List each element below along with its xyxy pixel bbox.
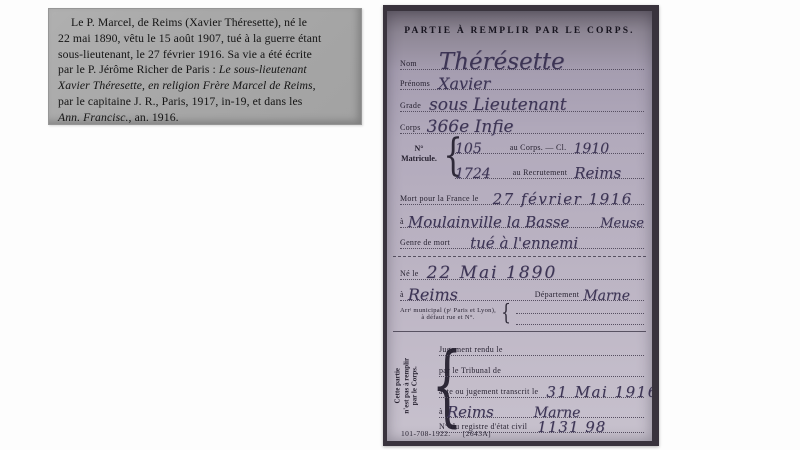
field-arrondissement: Arrᵗ municipal (pᵗ Paris et Lyon), à déf… bbox=[400, 303, 644, 325]
card-title: PARTIE À REMPLIR PAR LE CORPS. bbox=[387, 26, 652, 36]
grade-label: Grade bbox=[400, 101, 421, 110]
genre-mort-value: tué à l'ennemi bbox=[470, 236, 578, 251]
excerpt-line: sous-lieutenant, le 27 février 1916. Sa … bbox=[58, 47, 353, 63]
field-matricule-recrutement: 1724 au Recrutement Reims bbox=[455, 161, 644, 179]
grade-value: sous Lieutenant bbox=[429, 97, 567, 114]
excerpt-lines: Le P. Marcel, de Reims (Xavier Théresett… bbox=[58, 15, 353, 126]
mort-value: 27 février 1916 bbox=[493, 192, 633, 207]
lieu-mort-dept: Meuse bbox=[600, 217, 644, 230]
mort-label: Mort pour la France le bbox=[400, 194, 479, 203]
field-jugement-rendu: Jugement rendu le bbox=[439, 341, 644, 356]
ne-label: Né le bbox=[400, 269, 419, 278]
matricule-recr-label: au Recrutement bbox=[513, 168, 568, 177]
corps-value: 366e Infie bbox=[427, 119, 514, 136]
field-transcrit: acte ou jugement transcrit le 31 Mai 191… bbox=[439, 381, 644, 398]
excerpt-line: par le P. Jérôme Richer de Paris : Le so… bbox=[58, 62, 353, 78]
matricule-corps-label: au Corps. — Cl. bbox=[510, 143, 567, 152]
prenoms-value: Xavier bbox=[438, 76, 490, 92]
lieu-transcription-prefix: à bbox=[439, 407, 443, 416]
field-matricule-corps: 105 au Corps. — Cl. 1910 bbox=[455, 137, 644, 154]
form-number: 101-708-1922. [2643A] bbox=[401, 429, 491, 438]
registre-value: 1131 98 bbox=[537, 420, 606, 435]
excerpt-line: Le P. Marcel, de Reims (Xavier Théresett… bbox=[58, 15, 353, 31]
tribunal-label: par le Tribunal de bbox=[439, 366, 501, 375]
field-prenoms: Prénoms Xavier bbox=[400, 73, 644, 90]
separator-2 bbox=[393, 331, 646, 332]
recrutement-value: Reims bbox=[574, 166, 621, 181]
jugement-rendu-label: Jugement rendu le bbox=[439, 345, 503, 354]
matricule-label: N° Matricule. bbox=[397, 144, 441, 164]
record-card: PARTIE À REMPLIR PAR LE CORPS. Nom Théré… bbox=[387, 11, 652, 441]
matricule-recr-value: 1724 bbox=[455, 167, 491, 181]
nom-value: Thérésette bbox=[439, 51, 565, 74]
excerpt-line: par le capitaine J. R., Paris, 1917, in-… bbox=[58, 94, 353, 110]
lieu-naissance-prefix: à bbox=[400, 290, 404, 299]
genre-mort-label: Genre de mort bbox=[400, 238, 450, 247]
field-corps: Corps 366e Infie bbox=[400, 114, 644, 134]
field-grade: Grade sous Lieutenant bbox=[400, 93, 644, 112]
transcrit-label: acte ou jugement transcrit le bbox=[439, 387, 538, 396]
arr-brace: { bbox=[501, 303, 511, 325]
matricule-corps-value: 105 bbox=[455, 142, 482, 156]
departement-label: Département bbox=[535, 290, 580, 299]
field-genre-mort: Genre de mort tué à l'ennemi bbox=[400, 230, 644, 249]
lieu-naissance-value: Reims bbox=[408, 287, 458, 303]
transcrit-value: 31 Mai 1916 bbox=[546, 385, 652, 400]
field-lieu-naissance: à Reims Département Marne bbox=[400, 282, 644, 301]
excerpt-line: 22 mai 1890, vêtu le 15 août 1907, tué à… bbox=[58, 31, 353, 47]
excerpt-line: Ann. Francisc., an. 1916. bbox=[58, 110, 353, 126]
arr-label-line1: Arrᵗ municipal (pᵗ Paris et Lyon), bbox=[400, 307, 496, 314]
lieu-mort-value: Moulainville la Basse bbox=[408, 215, 570, 230]
separator-1 bbox=[393, 256, 646, 257]
field-tribunal: par le Tribunal de bbox=[439, 362, 644, 377]
book-excerpt-scan: Le P. Marcel, de Reims (Xavier Théresett… bbox=[48, 8, 362, 125]
record-card-photo: PARTIE À REMPLIR PAR LE CORPS. Nom Théré… bbox=[383, 5, 659, 446]
arr-blank-lines bbox=[516, 303, 644, 325]
ne-value: 22 Mai 1890 bbox=[427, 265, 558, 282]
field-lieu-transcription: à Reims Marne bbox=[439, 401, 644, 418]
lieu-mort-prefix: à bbox=[400, 217, 404, 226]
field-nom: Nom Thérésette bbox=[400, 43, 644, 70]
page: Le P. Marcel, de Reims (Xavier Théresett… bbox=[0, 0, 800, 450]
excerpt-line: Xavier Théresette, en religion Frère Mar… bbox=[58, 78, 353, 94]
departement-value: Marne bbox=[583, 289, 630, 303]
prenoms-label: Prénoms bbox=[400, 79, 430, 88]
field-lieu-mort: à Moulainville la Basse Meuse bbox=[400, 209, 644, 228]
field-ne-le: Né le 22 Mai 1890 bbox=[400, 261, 644, 280]
arr-label-line2: à défaut rue et N°. bbox=[400, 314, 496, 321]
field-mort: Mort pour la France le 27 février 1916 bbox=[400, 187, 644, 205]
corps-label: Corps bbox=[400, 123, 421, 132]
nom-label: Nom bbox=[400, 59, 417, 68]
side-note: Cette partie n'est pas à remplir par le … bbox=[393, 351, 419, 421]
classe-value: 1910 bbox=[573, 142, 609, 156]
